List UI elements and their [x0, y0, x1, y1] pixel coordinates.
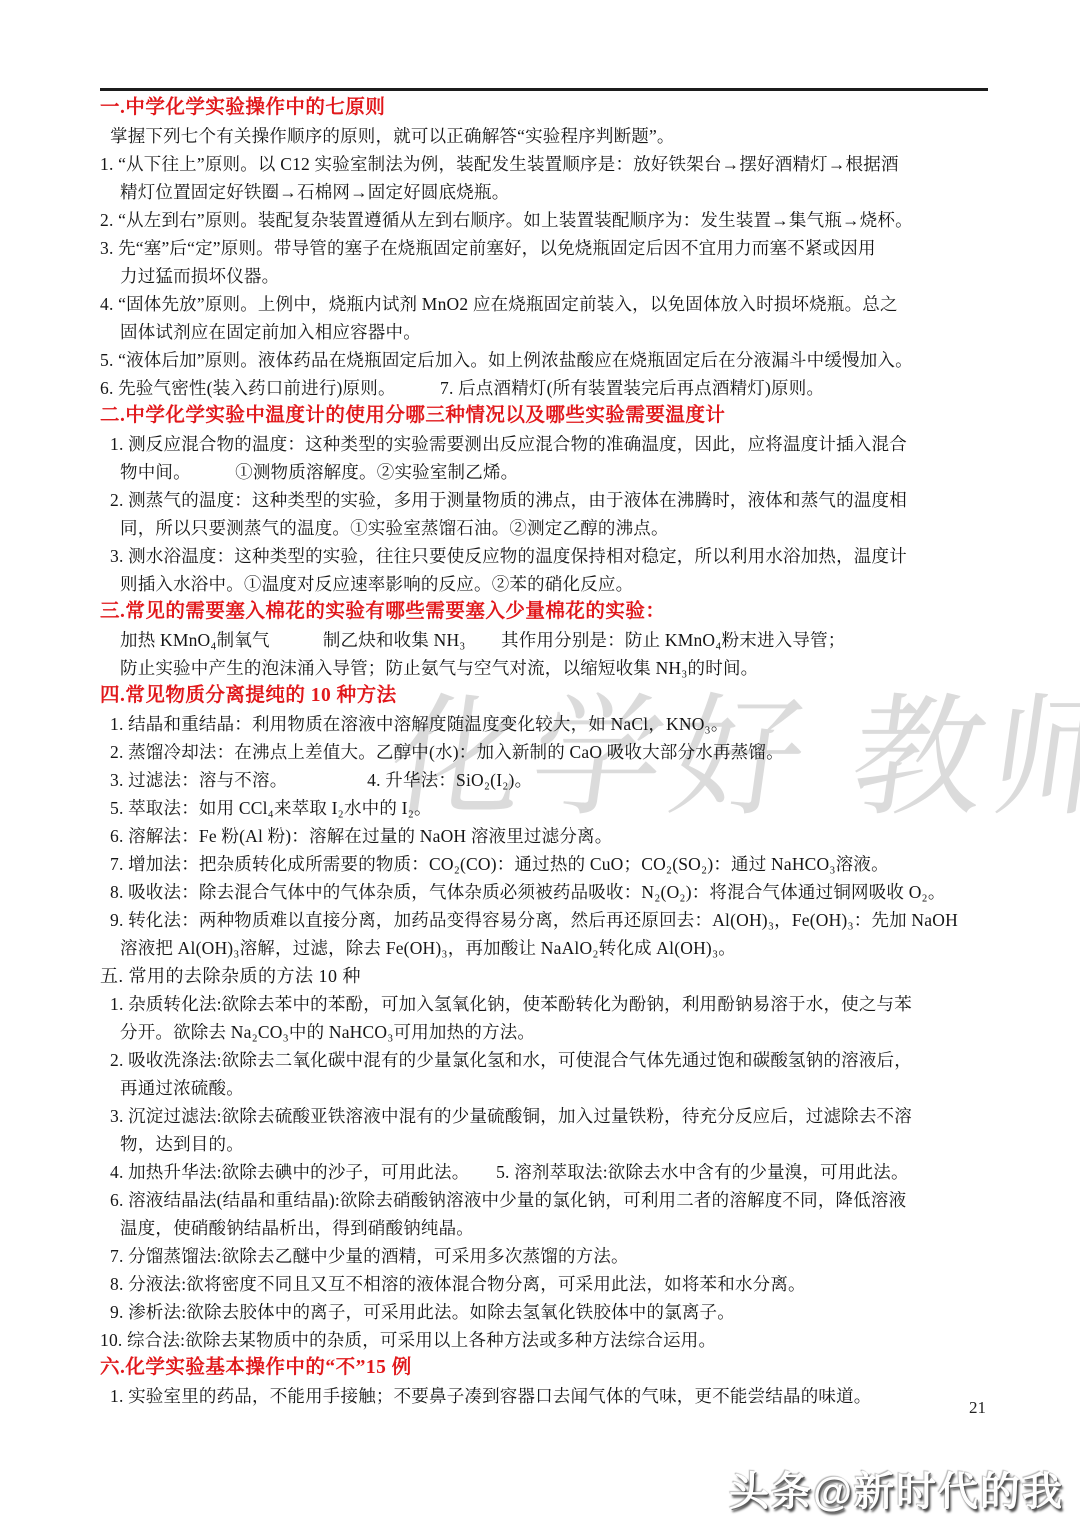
- text-line: 8. 分液法:欲将密度不同且又互不相溶的液体混合物分离，可采用此法，如将苯和水分…: [100, 1270, 988, 1298]
- text-line: 10. 综合法:欲除去某物质中的杂质，可采用以上各种方法或多种方法综合运用。: [100, 1326, 988, 1354]
- text-line: 2. 蒸馏冷却法：在沸点上差值大。乙醇中(水)：加入新制的 CaO 吸收大部分水…: [100, 738, 988, 766]
- text-line: 8. 吸收法：除去混合气体中的气体杂质，气体杂质必须被药品吸收：N₂(O₂)：将…: [100, 878, 988, 906]
- section-title: 五. 常用的去除杂质的方法 10 种: [100, 962, 988, 990]
- text-line: 1. 结晶和重结晶：利用物质在溶液中溶解度随温度变化较大，如 NaCl，KNO₃…: [100, 710, 988, 738]
- text-line: 5. 萃取法：如用 CCl₄来萃取 I₂水中的 I₂。: [100, 794, 988, 822]
- bottom-watermark: 头条@新时代的我: [729, 1460, 1064, 1517]
- page-content: 一.中学化学实验操作中的七原则掌握下列七个有关操作顺序的原则，就可以正确解答“实…: [100, 88, 988, 1410]
- text-line: 7. 增加法：把杂质转化成所需要的物质：CO₂(CO)：通过热的 CuO；CO₂…: [100, 850, 988, 878]
- text-line: 7. 分馏蒸馏法:欲除去乙醚中少量的酒精，可采用多次蒸馏的方法。: [100, 1242, 988, 1270]
- section-title: 一.中学化学实验操作中的七原则: [100, 94, 988, 122]
- text-line: 2. 测蒸气的温度：这种类型的实验，多用于测量物质的沸点，由于液体在沸腾时，液体…: [100, 486, 988, 514]
- text-line: 物中间。 ①测物质溶解度。②实验室制乙烯。: [100, 458, 988, 486]
- text-line: 9. 渗析法:欲除去胶体中的离子，可采用此法。如除去氢氧化铁胶体中的氯离子。: [100, 1298, 988, 1326]
- text-line: 6. 先验气密性(装入药口前进行)原则。 7. 后点酒精灯(所有装置装完后再点酒…: [100, 374, 988, 402]
- text-line: 2. 吸收洗涤法:欲除去二氧化碳中混有的少量氯化氢和水，可使混合气体先通过饱和碳…: [100, 1046, 988, 1074]
- text-line: 1. 实验室里的药品，不能用手接触；不要鼻子凑到容器口去闻气体的气味，更不能尝结…: [100, 1382, 988, 1410]
- text-line: 固体试剂应在固定前加入相应容器中。: [100, 318, 988, 346]
- text-line: 防止实验中产生的泡沫涌入导管；防止氨气与空气对流，以缩短收集 NH₃的时间。: [100, 654, 988, 682]
- text-line: 加热 KMnO₄制氧气 制乙炔和收集 NH₃ 其作用分别是：防止 KMnO₄粉末…: [100, 626, 988, 654]
- text-line: 1. 测反应混合物的温度：这种类型的实验需要测出反应混合物的准确温度，因此，应将…: [100, 430, 988, 458]
- text-line: 1. “从下往上”原则。以 C12 实验室制法为例，装配发生装置顺序是：放好铁架…: [100, 150, 988, 178]
- sections-container: 一.中学化学实验操作中的七原则掌握下列七个有关操作顺序的原则，就可以正确解答“实…: [100, 94, 988, 1410]
- text-line: 3. 先“塞”后“定”原则。带导管的塞子在烧瓶固定前塞好，以免烧瓶固定后因不宜用…: [100, 234, 988, 262]
- text-line: 同，所以只要测蒸气的温度。①实验室蒸馏石油。②测定乙醇的沸点。: [100, 514, 988, 542]
- text-line: 分开。欲除去 Na₂CO₃中的 NaHCO₃可用加热的方法。: [100, 1018, 988, 1046]
- section-title: 三.常见的需要塞入棉花的实验有哪些需要塞入少量棉花的实验：: [100, 598, 988, 626]
- text-line: 9. 转化法：两种物质难以直接分离，加药品变得容易分离，然后再还原回去：Al(O…: [100, 906, 988, 934]
- text-line: 3. 测水浴温度：这种类型的实验，往往只要使反应物的温度保持相对稳定，所以利用水…: [100, 542, 988, 570]
- text-line: 3. 过滤法：溶与不溶。 4. 升华法：SiO₂(I₂)。: [100, 766, 988, 794]
- text-line: 再通过浓硫酸。: [100, 1074, 988, 1102]
- text-line: 精灯位置固定好铁圈→石棉网→固定好圆底烧瓶。: [100, 178, 988, 206]
- text-line: 5. “液体后加”原则。液体药品在烧瓶固定后加入。如上例浓盐酸应在烧瓶固定后在分…: [100, 346, 988, 374]
- text-line: 4. “固体先放”原则。上例中，烧瓶内试剂 MnO2 应在烧瓶固定前装入，以免固…: [100, 290, 988, 318]
- text-line: 则插入水浴中。①温度对反应速率影响的反应。②苯的硝化反应。: [100, 570, 988, 598]
- text-line: 掌握下列七个有关操作顺序的原则，就可以正确解答“实验程序判断题”。: [100, 122, 988, 150]
- text-line: 2. “从左到右”原则。装配复杂装置遵循从左到右顺序。如上装置装配顺序为：发生装…: [100, 206, 988, 234]
- text-line: 物，达到目的。: [100, 1130, 988, 1158]
- text-line: 1. 杂质转化法:欲除去苯中的苯酚，可加入氢氧化钠，使苯酚转化为酚钠，利用酚钠易…: [100, 990, 988, 1018]
- text-line: 温度，使硝酸钠结晶析出，得到硝酸钠纯晶。: [100, 1214, 988, 1242]
- text-line: 3. 沉淀过滤法:欲除去硫酸亚铁溶液中混有的少量硫酸铜，加入过量铁粉，待充分反应…: [100, 1102, 988, 1130]
- document-page: 化学好 教师 一.中学化学实验操作中的七原则掌握下列七个有关操作顺序的原则，就可…: [0, 0, 1080, 1527]
- text-line: 6. 溶解法：Fe 粉(Al 粉)：溶解在过量的 NaOH 溶液里过滤分离。: [100, 822, 988, 850]
- text-line: 溶液把 Al(OH)₃溶解，过滤，除去 Fe(OH)₃，再加酸让 NaAlO₂转…: [100, 934, 988, 962]
- section-title: 四.常见物质分离提纯的 10 种方法: [100, 682, 988, 710]
- section-title: 六.化学实验基本操作中的“不”15 例: [100, 1354, 988, 1382]
- top-rule: [100, 88, 988, 91]
- page-number: 21: [969, 1398, 986, 1418]
- text-line: 力过猛而损坏仪器。: [100, 262, 988, 290]
- text-line: 6. 溶液结晶法(结晶和重结晶):欲除去硝酸钠溶液中少量的氯化钠，可利用二者的溶…: [100, 1186, 988, 1214]
- section-title: 二.中学化学实验中温度计的使用分哪三种情况以及哪些实验需要温度计: [100, 402, 988, 430]
- text-line: 4. 加热升华法:欲除去碘中的沙子，可用此法。 5. 溶剂萃取法:欲除去水中含有…: [100, 1158, 988, 1186]
